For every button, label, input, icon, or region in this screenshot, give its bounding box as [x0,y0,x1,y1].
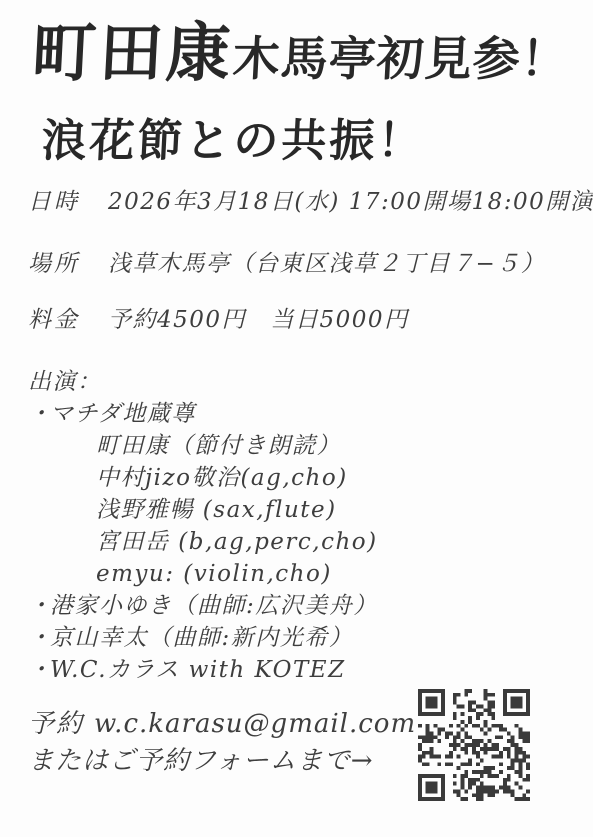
booking-email-line: 予約w.c.karasu@gmail.com [28,706,416,743]
bullet-dot: ・ [28,398,50,430]
flyer-title: 町田康木馬亭初見参！ 浪花節との共振！ [26,14,584,168]
booking-info: 予約w.c.karasu@gmail.com またはご予約フォームまで→ [28,706,416,780]
fee-label: 料金 [28,301,108,334]
booking-form-line: またはご予約フォームまで→ [28,743,416,780]
booking-email: w.c.karasu@gmail.com [94,709,416,739]
act-kyoyama-kota: ・京山幸太（曲師:新内光希） [28,622,378,654]
title-line1: 町田康木馬亭初見参！ [29,14,584,110]
cast-list: 出演： ・マチダ地蔵尊 町田康（節付き朗読） 中村jizo敬治(ag,cho) … [28,366,378,686]
act-machida-jizoson: ・マチダ地蔵尊 [28,398,378,430]
booking-label: 予約 [28,709,84,739]
act-minatoya-koyuki: ・港家小ゆき（曲師:広沢美舟） [28,590,378,622]
member-nakamura-jizo: 中村jizo敬治(ag,cho) [28,462,378,494]
venue-label: 場所 [28,245,108,278]
bullet-dot: ・ [28,622,50,654]
qr-code-icon [418,689,530,801]
member-machida-kou: 町田康（節付き朗読） [28,430,378,462]
act-name: マチダ地蔵尊 [50,401,196,427]
act-name: 京山幸太（曲師:新内光希） [50,625,353,651]
venue-value: 浅草木馬亭（台東区浅草２丁目７−５） [108,245,545,278]
act-name: W.C.カラス with KOTEZ [50,657,346,683]
datetime-value: 2026年3月18日(水) 17:00開場18:00開演 [108,183,593,216]
event-flyer: 町田康木馬亭初見参！ 浪花節との共振！ 日時 2026年3月18日(水) 17:… [0,0,593,837]
bullet-dot: ・ [28,590,50,622]
member-asano: 浅野雅暢 (sax,flute) [28,494,378,526]
act-wc-karasu: ・W.C.カラス with KOTEZ [28,654,378,686]
title-debut-text: 木馬亭初見参！ [231,32,570,87]
member-emyu: emyu: (violin,cho) [28,558,378,590]
info-row-fee: 料金 予約4500円 当日5000円 [28,301,409,334]
fee-value: 予約4500円 当日5000円 [108,301,409,334]
act-name: 港家小ゆき（曲師:広沢美舟） [50,593,378,619]
bullet-dot: ・ [28,654,50,686]
member-miyata: 宮田岳 (b,ag,perc,cho) [28,526,378,558]
title-subtitle: 浪花節との共振！ [40,114,579,168]
cast-heading: 出演： [28,366,378,398]
title-artist-name: 町田康 [30,16,235,91]
info-row-venue: 場所 浅草木馬亭（台東区浅草２丁目７−５） [28,245,545,278]
info-row-datetime: 日時 2026年3月18日(水) 17:00開場18:00開演 [28,183,593,216]
datetime-label: 日時 [28,183,108,216]
